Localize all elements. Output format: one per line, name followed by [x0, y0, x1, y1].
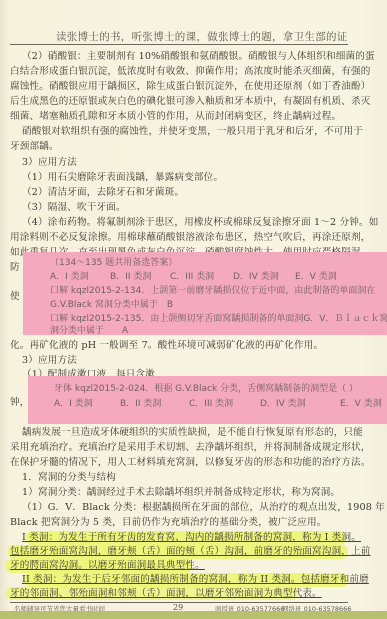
paragraph-line: 在保护牙髓的情况下，用人工材料填充窝洞，以修复牙齿的形态和功能的治疗方法。 [10, 457, 371, 469]
sticky-note-question-024: 牙体 kqzl2015-2-024．根据 G.V.Black 分类，舌侧窝龋制备… [28, 376, 387, 424]
paragraph-line: 1）窝洞分类：龋洞经过手术去除龋坏组织并制备成特定形状，称为窝洞。 [22, 487, 340, 499]
question-134-line: 口解 kqzl2015-2-134．上颌第一前磨牙龋损仅位于近中面，由此制备的单… [50, 285, 375, 297]
paragraph-line: 牙颈部龋。 [10, 141, 59, 153]
question-135-answer: 洞分类中属于 A [50, 327, 128, 335]
question-135-line: 口解 kqzl2015-2-135．由上颌侧切牙舌面窝龋损制备的单面洞G．V．Ｂ… [50, 313, 387, 325]
option-b: B．II 类洞 [120, 398, 161, 410]
sticky-note-questions-134-135: （134～135 题共用备选答案） A．I 类洞 B．II 类洞 C．III 类… [23, 252, 387, 335]
header-divider [10, 44, 348, 45]
text-fragment: 防 [10, 262, 20, 274]
paragraph-line: Black 把窝洞分为 5 类，目前仍作为充填治疗的基础分类，被广泛应用。 [10, 517, 326, 529]
highlighted-line: I 类洞：为发生于所有牙齿的发育窝、沟内的龋损所制备的窝洞，称为 I 类洞。 [22, 532, 361, 544]
question-024: 牙体 kqzl2015-2-024．根据 G.V.Black 分类，舌侧窝龋制备… [54, 383, 358, 395]
list-item: （2）清洁牙面，去除牙石和牙菌斑。 [22, 187, 184, 199]
paragraph-line: 硝酸银对软组织有强的腐蚀性，并使牙变黑，一般只用于乳牙和后牙，不可用于 [22, 126, 363, 138]
page-header: 读张博士的书，听张博士的课，做张博士的题，拿卫生部的证 [56, 29, 356, 44]
paragraph-line: 采用充填治疗。充填治疗是采用手术切割、去净龋坏组织，并将洞制备成规定形状， [10, 442, 371, 454]
answer-options: A．I 类洞 B．II 类洞 C．III 类洞 D．IV 类洞 E．V 类洞 [54, 398, 384, 410]
background-edge [0, 611, 387, 619]
book-page: 读张博士的书，听张博士的课，做张博士的题，拿卫生部的证 （2）硝酸银：主要制剂有… [0, 0, 387, 611]
text-fragment: 使 [10, 291, 20, 303]
list-item: （1）用石尖磨除牙表面浅龋，暴露病变部位。 [22, 172, 223, 184]
highlighted-line: II 类洞：为发生于后牙邻面的龋损所制备的窝洞，称为 II 类洞。包括磨牙和前磨 [22, 574, 369, 586]
option-a: A．I 类洞 [50, 271, 89, 283]
section-heading: 3）应用方法 [22, 157, 77, 169]
highlighted-line: 牙的腭面窝沟洞。以磨牙殆面洞最具典型性。 [10, 560, 205, 572]
option-c: C．III 类洞 [189, 398, 233, 410]
section-heading: 1．窝洞的分类与结构 [22, 472, 116, 484]
option-e: E．V 类洞 [340, 398, 382, 410]
option-d: D．IV 类洞 [233, 271, 279, 283]
section-heading: 3）应用方法 [22, 355, 77, 367]
paragraph-line: （2）硝酸银：主要制剂有 10%硝酸银和氨硝酸银。硝酸银与人体组织和细菌的蛋 [22, 51, 375, 63]
option-a: A．I 类洞 [54, 398, 93, 410]
paragraph-line: 化。再矿化液的 pH 一般调至 7。酸性环境可减弱矿化液的再矿化作用。 [10, 340, 323, 352]
paragraph-line: 腐蚀性。硝酸银应用于龋损区，除生成蛋白银沉淀外，在使用还原剂（如丁香油酚） [10, 81, 371, 93]
highlighted-line: 包括磨牙殆面窝沟洞，磨牙颊（舌）面的颊（舌）沟洞，前磨牙的殆面窝沟洞，上前 [10, 546, 371, 558]
list-item: （3）隔湿、吹干牙面。 [22, 202, 126, 214]
option-e: E．V 类洞 [295, 271, 337, 283]
paragraph-line: 细菌、堵塞釉质孔隙和牙本质小管的作用，从而封闭病变区，终止龋病过程。 [10, 111, 341, 123]
list-item: （4）涂布药物。将氟制剂涂于患区，用橡皮杯或棉球反复涂擦牙面 1～2 分钟。如 [22, 217, 378, 229]
highlighted-line: 牙的邻面洞、邻殆面洞和邻颊（舌）面洞，以磨牙邻殆面洞为典型代表。 [10, 588, 322, 600]
paragraph-line: （1）G．V．Black 分类：根据龋损所在牙面的部位，从治疗的观点出发，190… [22, 502, 385, 514]
option-d: D．IV 类洞 [260, 398, 306, 410]
paragraph-line: 后生成黑色的还原银或灰白色的碘化银可渗入釉质和牙本质中，有凝固有机质、杀灭 [10, 96, 371, 108]
note-title: （134～135 题共用备选答案） [50, 257, 177, 269]
answer-options: A．I 类洞 B．II 类洞 C．III 类洞 D．IV 类洞 E．V 类洞 [50, 271, 370, 283]
option-c: C．III 类洞 [170, 271, 214, 283]
option-b: B．II 类洞 [110, 271, 151, 283]
text-fragment: 钟， [10, 397, 30, 409]
question-134-answer: G.V.Black 窝洞分类中属于 B [50, 299, 173, 311]
paragraph-line: 用涂料则不必反复涂擦。用棉球蘸硝酸银溶液涂布患区，热空气吹后，再涂还原剂， [10, 232, 371, 244]
paragraph-line: 白结合形成蛋白银沉淀，低浓度时有收敛、抑菌作用；高浓度时能杀灭细菌，有强的 [10, 66, 371, 78]
paragraph-line: 龋病发展一旦造成牙体硬组织的实质性缺损，是不能自行恢复原有形态的，只能 [22, 427, 363, 439]
